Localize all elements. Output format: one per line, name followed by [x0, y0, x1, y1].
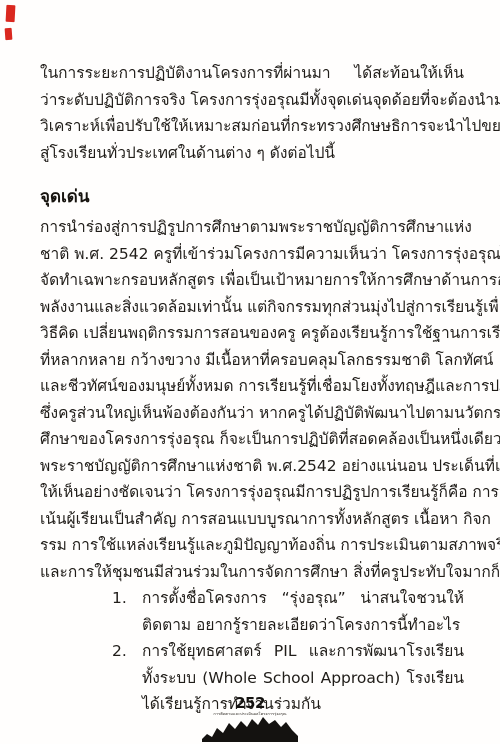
list-item-number: 1. — [112, 585, 142, 638]
body-paragraph: การนำร่องสู่การปฏิรูปการศึกษาตามพระราชบั… — [40, 214, 464, 585]
text-line: และการให้ชุมชนมีส่วนร่วมในการจัดการศึกษา… — [40, 559, 464, 586]
text-line: พระราชบัญญัติการศึกษาแห่งชาติ พ.ศ.2542 อ… — [40, 453, 464, 480]
text-line: พลังงานและสิ่งแวดล้อมเท่านั้น แต่กิจกรรม… — [40, 294, 464, 321]
text-line: ซึ่งครูส่วนใหญ่เห็นพ้องต้องกันว่า หากครู… — [40, 400, 464, 427]
text-line: และชีวทัศน์ของมนุษย์ทั้งหมด การเรียนรู้ท… — [40, 373, 464, 400]
red-stamp-mark — [5, 5, 19, 43]
text-line: ศึกษาของโครงการรุ่งอรุณ ก็จะเป็นการปฏิบั… — [40, 426, 464, 453]
page-content: ในการระยะการปฏิบัติงานโครงการที่ผ่านมา ไ… — [40, 60, 464, 718]
ink-blob-graphic — [202, 714, 298, 742]
red-stamp-bar — [6, 5, 16, 22]
page-number: 252 — [0, 696, 500, 711]
document-page: ในการระยะการปฏิบัติงานโครงการที่ผ่านมา ไ… — [0, 0, 500, 744]
text-line: จัดทำเฉพาะกรอบหลักสูตร เพื่อเป็นเป้าหมาย… — [40, 267, 464, 294]
text-line: วิเคราะห์เพื่อปรับใช้ให้เหมาะสมก่อนที่กร… — [40, 113, 464, 140]
text-line: ในการระยะการปฏิบัติงานโครงการที่ผ่านมา ไ… — [40, 60, 464, 87]
list-item-text: การตั้งชื่อโครงการ “รุ่งอรุณ” น่าสนใจชวน… — [142, 585, 464, 638]
red-stamp-bar — [5, 28, 13, 40]
page-footer: 252 การติดตามและประเมินผลโครงการรุ่งอรุณ — [0, 696, 500, 742]
text-line: เน้นผู้เรียนเป็นสำคัญ การสอนแบบบูรณาการท… — [40, 506, 464, 533]
text-line: รรม การใช้แหล่งเรียนรู้และภูมิปัญญาท้องถ… — [40, 532, 464, 559]
text-line: ให้เห็นอย่างชัดเจนว่า โครงการรุ่งอรุณมีก… — [40, 479, 464, 506]
text-line: ที่หลากหลาย กว้างขวาง มีเนื้อหาที่ครอบคล… — [40, 347, 464, 374]
text-line: ชาติ พ.ศ. 2542 ครูที่เข้าร่วมโครงการมีคว… — [40, 241, 464, 268]
footer-microtext: การติดตามและประเมินผลโครงการรุ่งอรุณ — [0, 712, 500, 716]
text-line: วิธีคิด เปลี่ยนพฤติกรรมการสอนของครู ครูต… — [40, 320, 464, 347]
text-line: การนำร่องสู่การปฏิรูปการศึกษาตามพระราชบั… — [40, 214, 464, 241]
section-heading: จุดเด่น — [40, 184, 464, 210]
text-line: สู่โรงเรียนทั่วประเทศในด้านต่าง ๆ ดังต่อ… — [40, 140, 464, 167]
intro-paragraph: ในการระยะการปฏิบัติงานโครงการที่ผ่านมา ไ… — [40, 60, 464, 166]
list-item: 1. การตั้งชื่อโครงการ “รุ่งอรุณ” น่าสนใจ… — [112, 585, 464, 638]
text-line: ว่าระดับปฏิบัติการจริง โครงการรุ่งอรุณมี… — [40, 87, 464, 114]
